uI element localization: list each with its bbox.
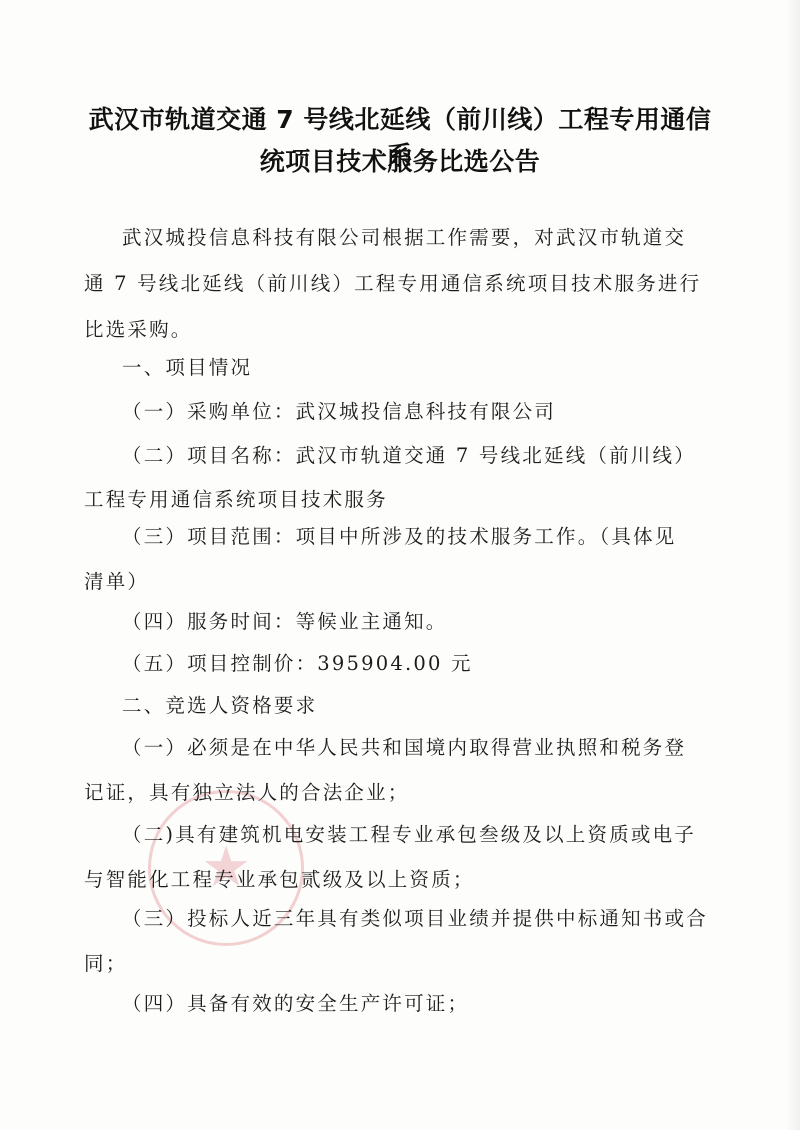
section-1-item-2: （二）项目名称：武汉市轨道交通 7 号线北延线（前川线）: [122, 440, 696, 468]
intro-line-2: 通 7 号线北延线（前川线）工程专用通信系统项目技术服务进行: [84, 268, 701, 296]
section-1-item-1: （一）采购单位：武汉城投信息科技有限公司: [122, 396, 556, 424]
section-1-item-3: （三）项目范围：项目中所涉及的技术服务工作。（具体见: [122, 521, 676, 549]
section-2-heading: 二、竞选人资格要求: [122, 690, 317, 718]
section-1-item-2-cont: 工程专用通信系统项目技术服务: [84, 484, 388, 512]
intro-line-3: 比选采购。: [84, 314, 193, 342]
section-1-heading: 一、项目情况: [122, 352, 252, 380]
section-2-item-3: （三）投标人近三年具有类似项目业绩并提供中标通知书或合: [122, 903, 708, 931]
intro-line-1: 武汉城投信息科技有限公司根据工作需要，对武汉市轨道交: [122, 222, 686, 250]
scan-edge-shadow: [786, 0, 800, 1130]
section-1-item-3-cont: 清单）: [84, 566, 149, 594]
section-1-item-5: （五）项目控制价：395904.00 元: [122, 648, 473, 676]
section-1-item-4: （四）服务时间：等候业主通知。: [122, 606, 448, 634]
section-2-item-4: （四）具备有效的安全生产许可证；: [122, 988, 469, 1016]
section-2-item-3-cont: 同；: [84, 948, 127, 976]
section-2-item-2: （二)具有建筑机电安装工程专业承包叁级及以上资质或电子: [122, 819, 696, 847]
section-2-item-2-cont: 与智能化工程专业承包贰级及以上资质；: [84, 864, 475, 892]
section-2-item-1: （一）必须是在中华人民共和国境内取得营业执照和税务登: [122, 732, 686, 760]
section-2-item-1-cont: 记证，具有独立法人的合法企业；: [84, 777, 410, 805]
document-title-line-2: 统项目技术服务比选公告: [80, 142, 720, 178]
